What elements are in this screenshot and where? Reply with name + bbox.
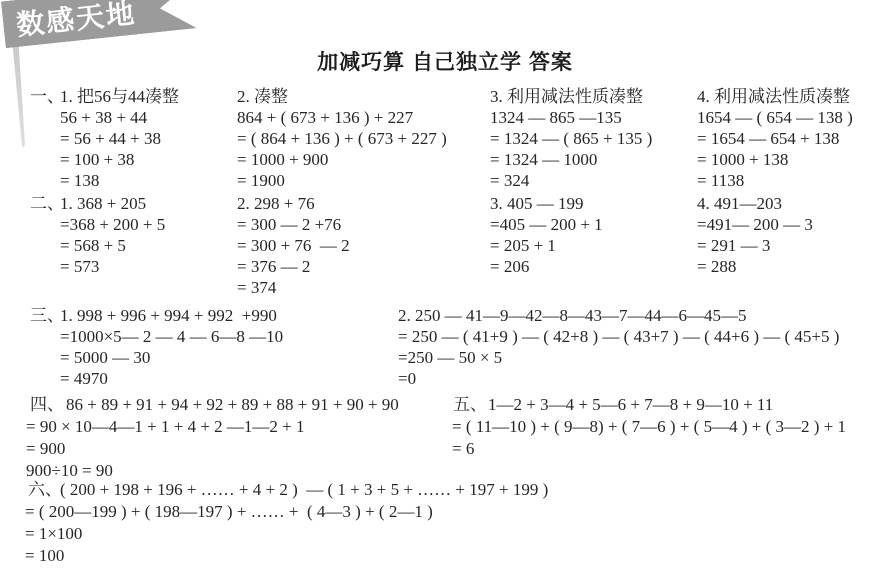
banner-label: 数感天地: [14, 0, 138, 43]
answer-line: = 56 + 44 + 38: [60, 128, 179, 149]
section-2-label: 二、: [30, 193, 64, 214]
answer-line: = 376 — 2: [237, 256, 350, 277]
answer-line: 4. 利用减法性质凑整: [697, 86, 853, 107]
answer-line: 1. 998 + 996 + 994 + 992 +990: [60, 305, 283, 326]
answer-line: =405 — 200 + 1: [490, 214, 603, 235]
answer-line: 2. 298 + 76: [237, 193, 350, 214]
answer-line: = 205 + 1: [490, 235, 603, 256]
answer-line: 1. 把56与44凑整: [60, 86, 179, 107]
answer-line: = 100: [25, 545, 433, 567]
answer-line: = 1900: [237, 170, 447, 191]
section-1-problem-1: 1. 把56与44凑整 56 + 38 + 44 = 56 + 44 + 38 …: [60, 86, 179, 191]
section-5-work: = ( 11—10 ) + ( 9—8) + ( 7—6 ) + ( 5—4 )…: [452, 416, 846, 460]
section-1-problem-2: 2. 凑整 864 + ( 673 + 136 ) + 227 = ( 864 …: [237, 86, 447, 191]
worksheet-page: 数感天地 加减巧算 自己独立学 答案 一、 1. 把56与44凑整 56 + 3…: [0, 0, 890, 571]
answer-line: = 300 — 2 +76: [237, 214, 350, 235]
section-1-label: 一、: [30, 86, 64, 107]
section-5-label: 五、: [453, 394, 487, 415]
answer-line: = 374: [237, 277, 350, 298]
answer-line: = 291 — 3: [697, 235, 813, 256]
section-1-problem-3: 3. 利用减法性质凑整 1324 — 865 —135 = 1324 — ( 8…: [490, 86, 652, 191]
answer-line: = 324: [490, 170, 652, 191]
answer-line: = 250 — ( 41+9 ) — ( 42+8 ) — ( 43+7 ) —…: [398, 326, 839, 347]
answer-line: = 206: [490, 256, 603, 277]
section-2-problem-4: 4. 491—203 =491— 200 — 3 = 291 — 3 = 288: [697, 193, 813, 277]
answer-line: = 1000 + 900: [237, 149, 447, 170]
answer-line: 56 + 38 + 44: [60, 107, 179, 128]
answer-line: 4. 491—203: [697, 193, 813, 214]
section-2-problem-3: 3. 405 — 199 =405 — 200 + 1 = 205 + 1 = …: [490, 193, 603, 277]
answer-line: = 90 × 10—4—1 + 1 + 4 + 2 —1—2 + 1: [26, 416, 305, 438]
answer-line: = 5000 — 30: [60, 347, 283, 368]
answer-line: = 900: [26, 438, 305, 460]
section-2-problem-2: 2. 298 + 76 = 300 — 2 +76 = 300 + 76 — 2…: [237, 193, 350, 298]
section-6-label: 六、: [28, 479, 62, 500]
section-1-problem-4: 4. 利用减法性质凑整 1654 — ( 654 — 138 ) = 1654 …: [697, 86, 853, 191]
answer-line: = 1324 — ( 865 + 135 ): [490, 128, 652, 149]
answer-line: 2. 凑整: [237, 86, 447, 107]
answer-line: 3. 利用减法性质凑整: [490, 86, 652, 107]
section-3-problem-1: 1. 998 + 996 + 994 + 992 +990 =1000×5— 2…: [60, 305, 283, 389]
section-4-label: 四、: [30, 394, 64, 415]
answer-line: = ( 864 + 136 ) + ( 673 + 227 ): [237, 128, 447, 149]
answer-line: =0: [398, 368, 839, 389]
answer-line: 2. 250 — 41—9—42—8—43—7—44—6—45—5: [398, 305, 839, 326]
answer-line: = 4970: [60, 368, 283, 389]
banner-flag: 数感天地: [1, 0, 197, 48]
answer-line: 1654 — ( 654 — 138 ): [697, 107, 853, 128]
section-6-first-line: ( 200 + 198 + 196 + …… + 4 + 2 ) — ( 1 +…: [60, 479, 548, 501]
answer-line: = 100 + 38: [60, 149, 179, 170]
answer-line: = 1×100: [25, 523, 433, 545]
section-6-work: = ( 200—199 ) + ( 198—197 ) + …… + ( 4—3…: [25, 501, 433, 567]
answer-line: = 1138: [697, 170, 853, 191]
answer-line: 86 + 89 + 91 + 94 + 92 + 89 + 88 + 91 + …: [66, 394, 399, 416]
answer-line: = ( 200—199 ) + ( 198—197 ) + …… + ( 4—3…: [25, 501, 433, 523]
section-3-label: 三、: [30, 305, 64, 326]
answer-line: =1000×5— 2 — 4 — 6—8 —10: [60, 326, 283, 347]
answer-line: = 1324 — 1000: [490, 149, 652, 170]
answer-line: = 1000 + 138: [697, 149, 853, 170]
answer-line: 1. 368 + 205: [60, 193, 165, 214]
answer-line: =250 — 50 × 5: [398, 347, 839, 368]
answer-line: = 568 + 5: [60, 235, 165, 256]
answer-line: 1324 — 865 —135: [490, 107, 652, 128]
section-5-first-line: 1—2 + 3—4 + 5—6 + 7—8 + 9—10 + 11: [488, 394, 773, 416]
section-4-first-line: 86 + 89 + 91 + 94 + 92 + 89 + 88 + 91 + …: [66, 394, 399, 416]
section-3-problem-2: 2. 250 — 41—9—42—8—43—7—44—6—45—5 = 250 …: [398, 305, 839, 389]
page-title: 加减巧算 自己独立学 答案: [0, 46, 890, 76]
answer-line: = 6: [452, 438, 846, 460]
answer-line: 864 + ( 673 + 136 ) + 227: [237, 107, 447, 128]
answer-line: = 300 + 76 — 2: [237, 235, 350, 256]
answer-line: = 288: [697, 256, 813, 277]
answer-line: 1—2 + 3—4 + 5—6 + 7—8 + 9—10 + 11: [488, 394, 773, 416]
answer-line: = 138: [60, 170, 179, 191]
answer-line: = 573: [60, 256, 165, 277]
answer-line: = 1654 — 654 + 138: [697, 128, 853, 149]
answer-line: =491— 200 — 3: [697, 214, 813, 235]
answer-line: 3. 405 — 199: [490, 193, 603, 214]
answer-line: = ( 11—10 ) + ( 9—8) + ( 7—6 ) + ( 5—4 )…: [452, 416, 846, 438]
section-2-problem-1: 1. 368 + 205 =368 + 200 + 5 = 568 + 5 = …: [60, 193, 165, 277]
answer-line: ( 200 + 198 + 196 + …… + 4 + 2 ) — ( 1 +…: [60, 479, 548, 501]
answer-line: =368 + 200 + 5: [60, 214, 165, 235]
section-4-work: = 90 × 10—4—1 + 1 + 4 + 2 —1—2 + 1 = 900…: [26, 416, 305, 482]
